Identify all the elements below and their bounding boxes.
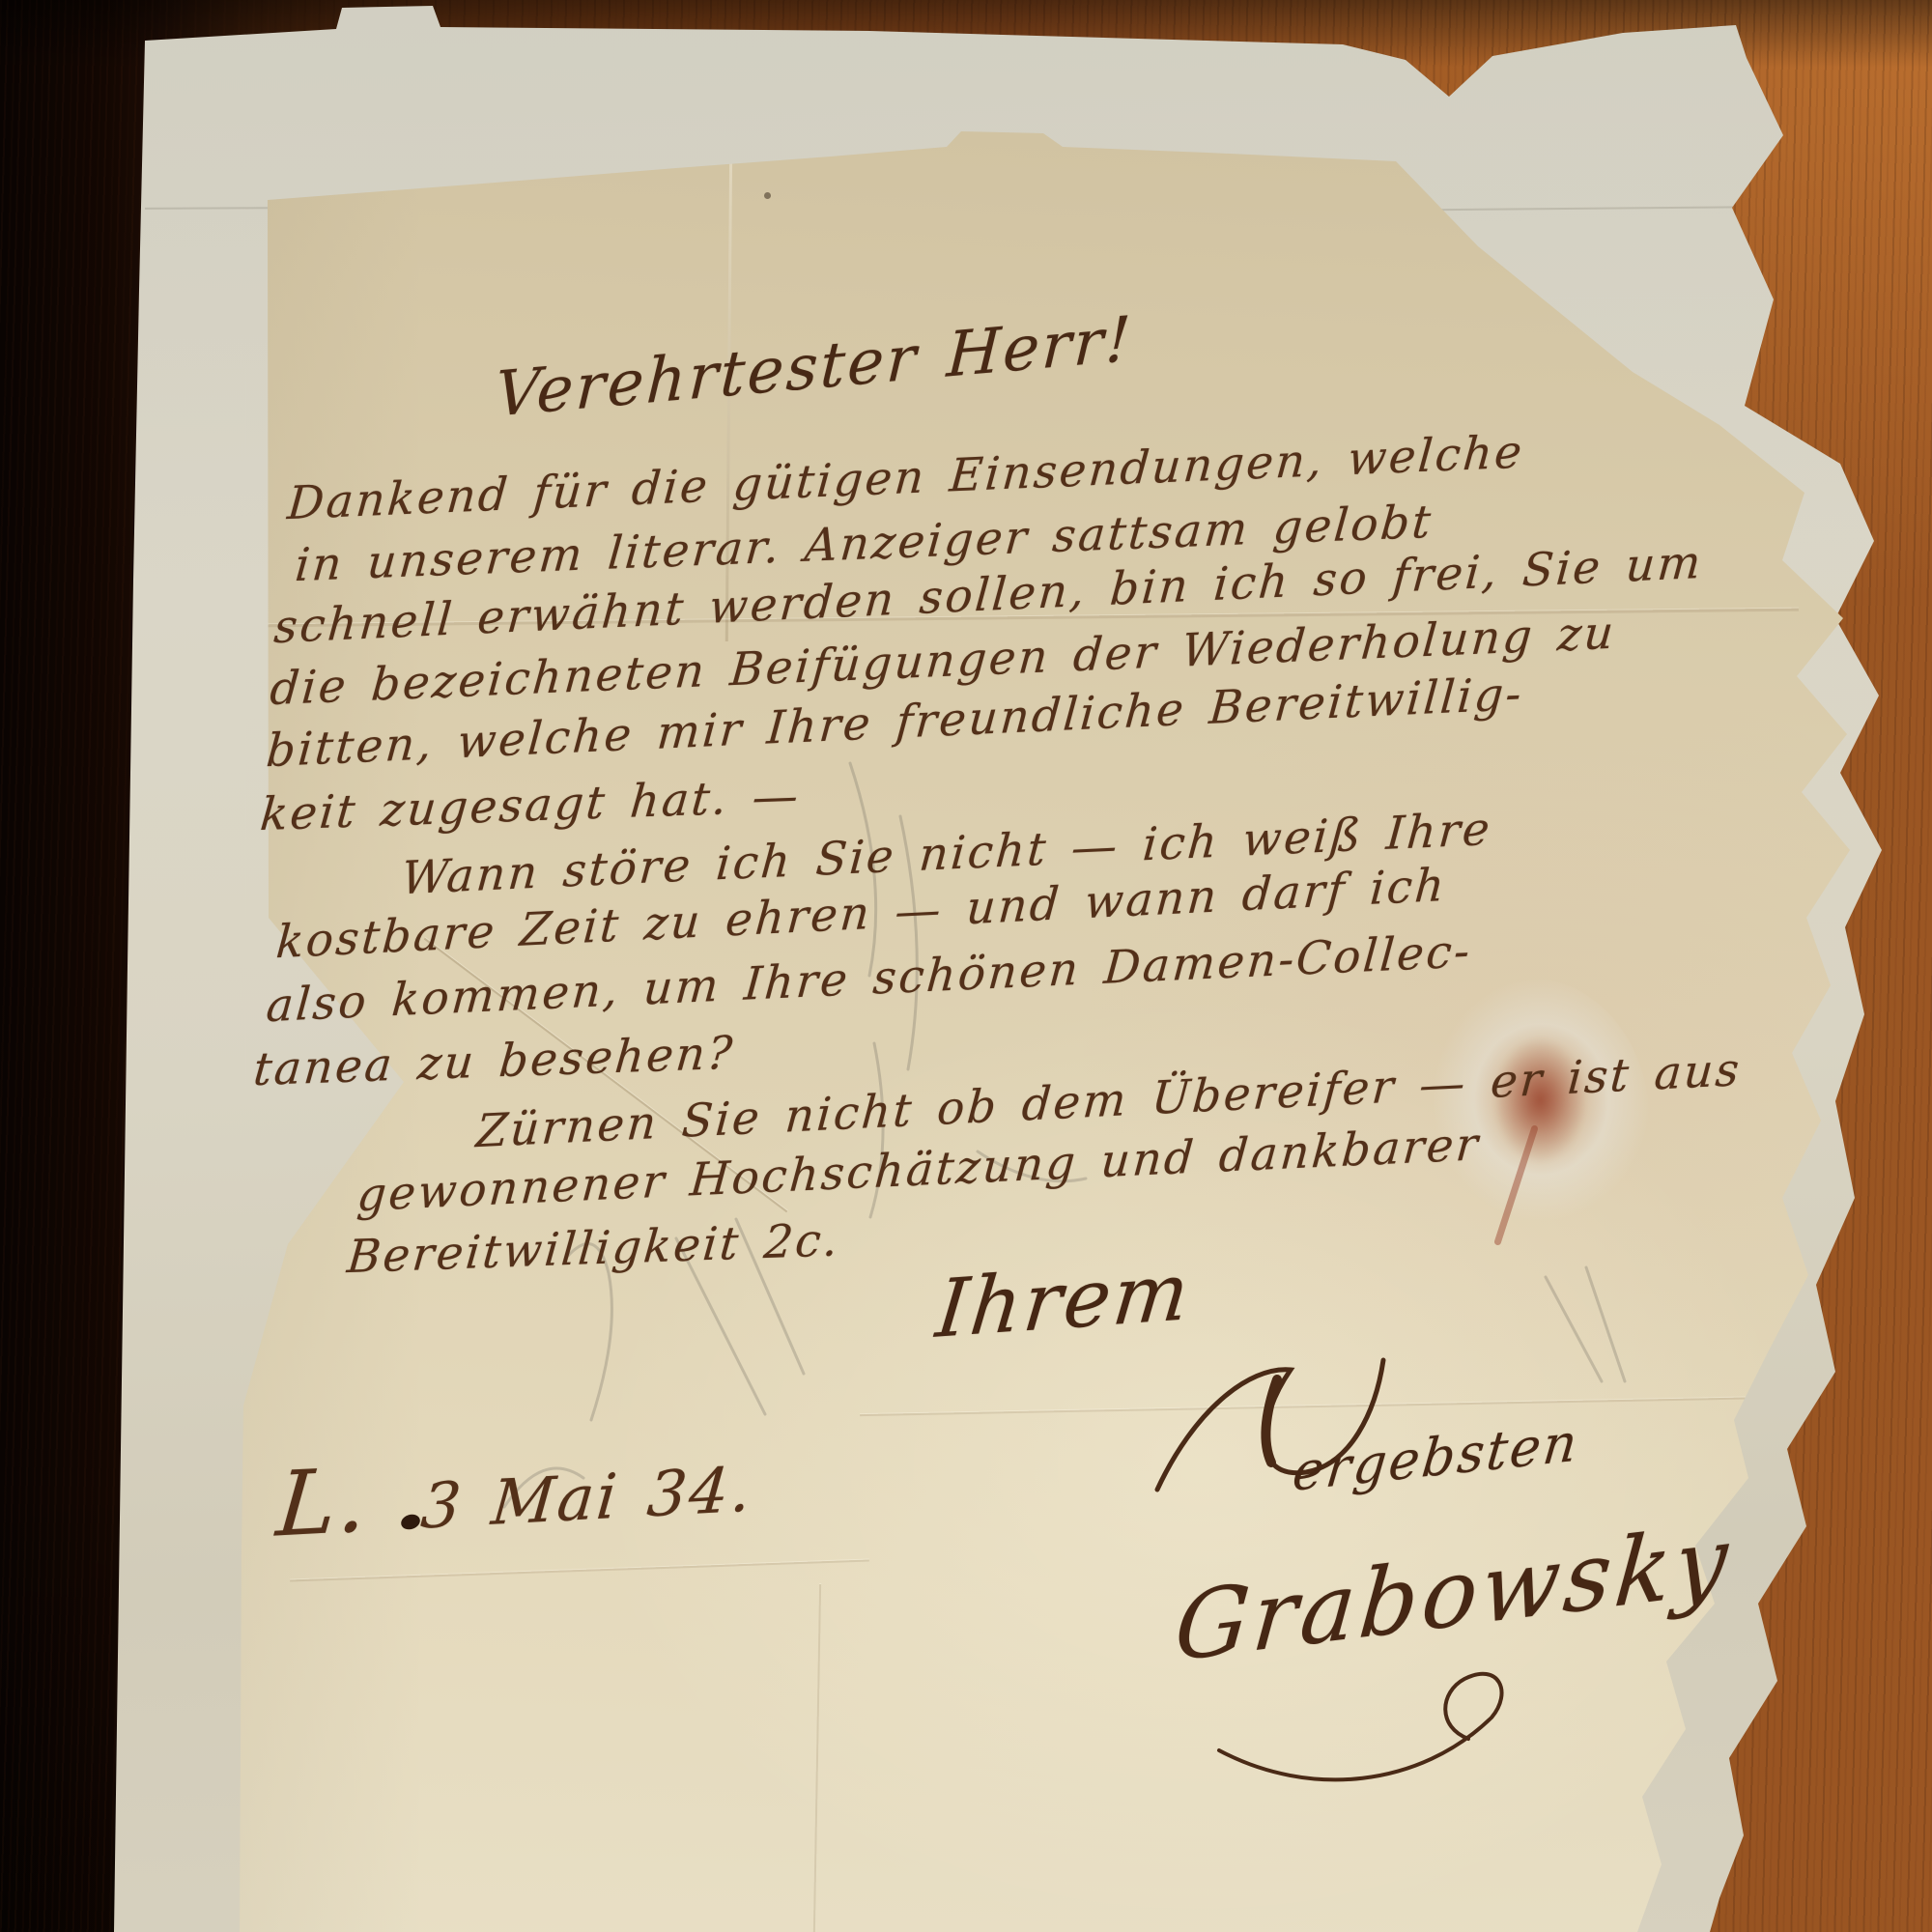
dateline-date: 3 Mai 34. [418,1454,756,1543]
pen-flourish [0,0,1932,1932]
handwriting-layer: Verehrtester Herr! Dankend für die gütig… [0,0,1932,1932]
dateline-place: L. [273,1448,375,1557]
photograph-of-letter: Verehrtester Herr! Dankend für die gütig… [0,0,1932,1932]
paper-speck [764,192,771,199]
